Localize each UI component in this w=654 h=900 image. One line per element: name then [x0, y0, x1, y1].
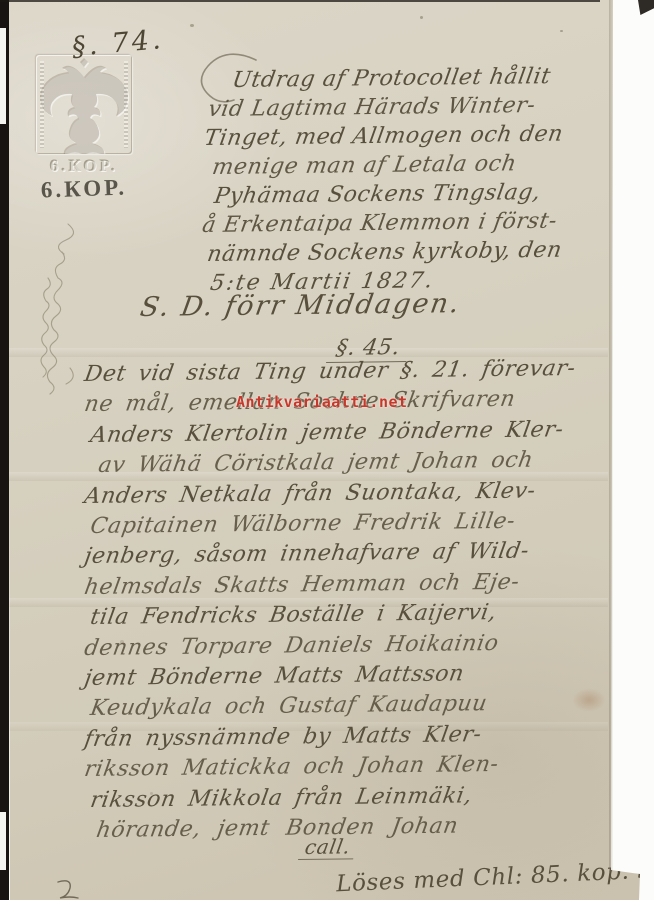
- body-line: hörande, jemt Bonden Johan: [94, 810, 626, 847]
- double-headed-eagle-icon: [36, 55, 132, 154]
- paper-speck: [190, 24, 194, 27]
- scan-left-edge: [0, 0, 9, 900]
- scanned-document-page: 6.КОР. 6.КОР. §. 74. Utdrag af Protocoll…: [0, 0, 654, 900]
- paper-right-edge-shadow: [609, 0, 613, 872]
- vertical-marginalia-script: [18, 218, 84, 458]
- scan-corner-shadow: [638, 0, 654, 15]
- fee-note: Löses med Chl: 85. kop. S:r: [336, 857, 654, 898]
- antikvariaatti-watermark: Antikvariaatti.net: [236, 393, 408, 411]
- paper-speck: [420, 16, 423, 19]
- scan-top-edge: [0, 0, 600, 2]
- paper-speck: [560, 30, 563, 32]
- stamp-border-microtext: [40, 61, 44, 148]
- scan-edge-highlight: [0, 28, 6, 124]
- corner-pen-mark: [54, 878, 84, 900]
- paper-sheet: 6.КОР. 6.КОР. §. 74. Utdrag af Protocoll…: [0, 0, 654, 900]
- paragraph-number-74: §. 74.: [71, 24, 165, 63]
- protocol-heading: Utdrag af Protocollet hållit vid Lagtima…: [200, 66, 620, 298]
- session-line: S. D. förr Middagen.: [138, 288, 463, 323]
- embossed-revenue-stamp: [36, 55, 132, 154]
- protocol-body: Det vid sista Ting under §. 21. förevar-…: [82, 360, 620, 847]
- stamp-value-embossed: 6.КОР.: [34, 156, 134, 176]
- stamp-border-microtext: [124, 61, 128, 148]
- scan-edge-highlight: [0, 812, 6, 870]
- stamp-value-inked: 6.КОР.: [26, 174, 143, 204]
- catchword: call.: [298, 834, 357, 860]
